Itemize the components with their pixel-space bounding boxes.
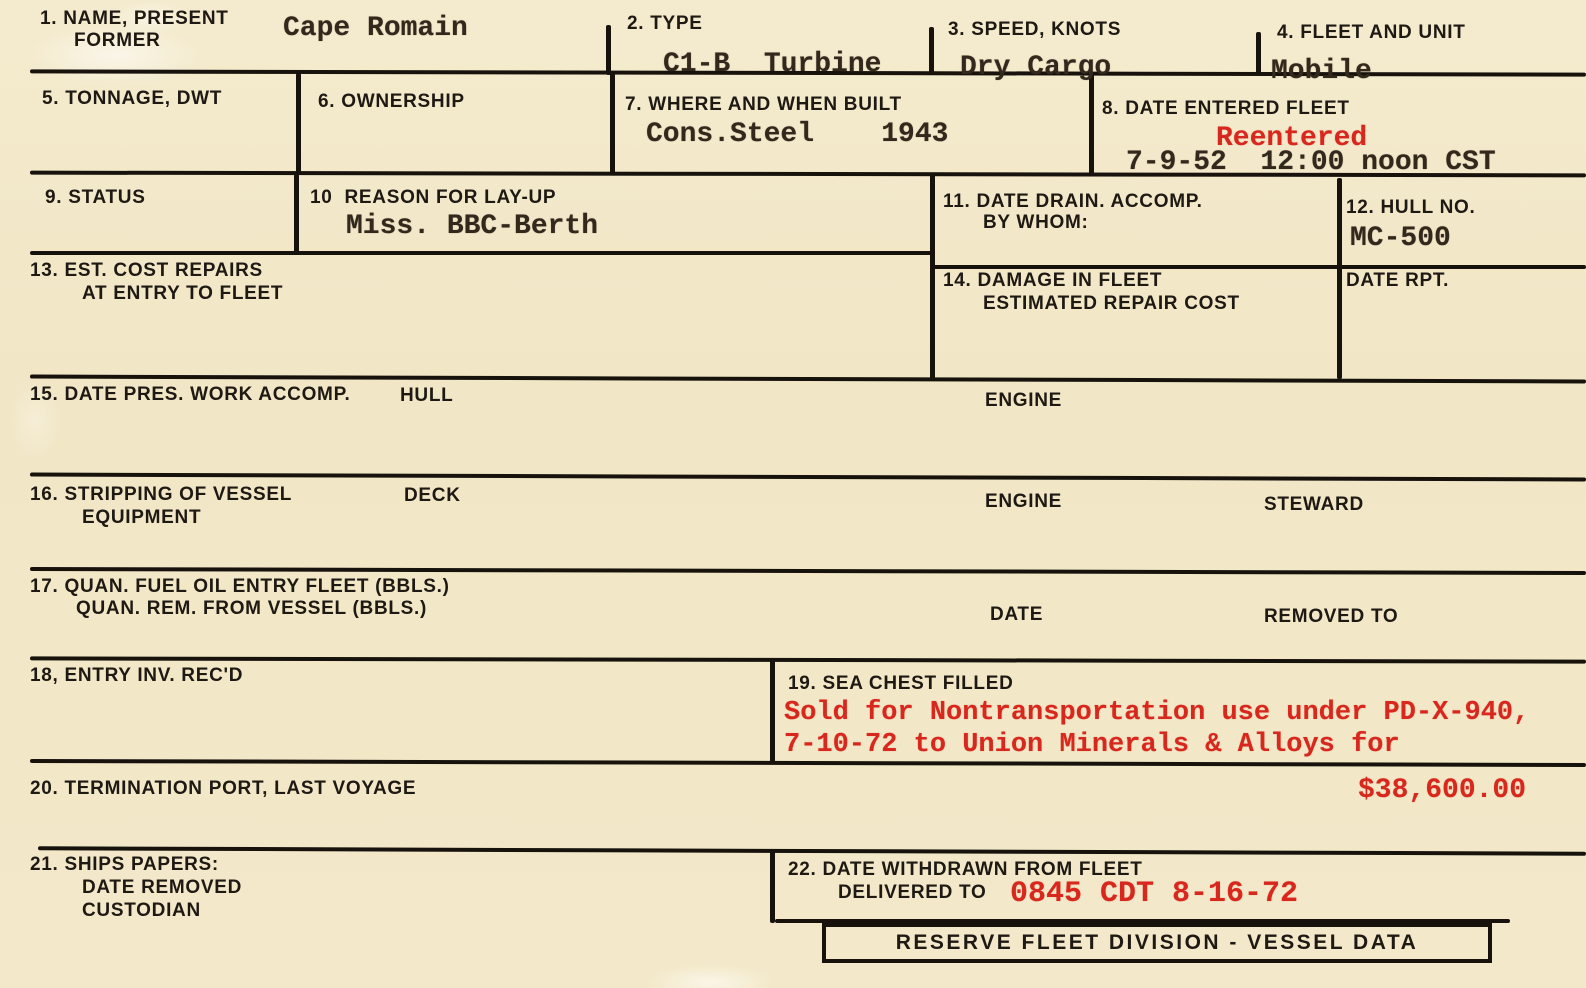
field-17-removed-to-label: REMOVED TO [1264, 606, 1398, 627]
field-17-date-label: DATE [990, 604, 1043, 625]
field-7-label: 7. WHERE AND WHEN BUILT [625, 94, 902, 115]
grid-line-row5-bottom [30, 473, 1586, 482]
field-17-label: 17. QUAN. FUEL OIL ENTRY FLEET (BBLS.) [30, 576, 450, 597]
field-14-date-rpt-label: DATE RPT. [1346, 270, 1449, 291]
field-1-value-ship-name: Cape Romain [283, 14, 468, 44]
field-19-note-line1: Sold for Nontransportation use under PD-… [784, 698, 1529, 728]
field-2-label: 2. TYPE [627, 13, 703, 34]
vessel-data-card: 1. NAME, PRESENT FORMER Cape Romain 2. T… [0, 0, 1586, 988]
divider-field9-field10 [294, 174, 299, 254]
field-9-label: 9. STATUS [45, 187, 146, 208]
field-13-label-line2: AT ENTRY TO FLEET [82, 283, 283, 304]
grid-line-row7-bottom [30, 656, 1586, 663]
field-14-label-line2: ESTIMATED REPAIR COST [983, 293, 1240, 314]
divider-field3-field4 [1256, 32, 1261, 75]
field-22-value-withdrawn: 0845 CDT 8-16-72 [1010, 879, 1298, 909]
field-19-note-line2: 7-10-72 to Union Minerals & Alloys for [784, 730, 1400, 760]
divider-field5-field6 [296, 73, 301, 174]
divider-field11-field12 [1337, 178, 1342, 379]
field-5-label: 5. TONNAGE, DWT [42, 88, 222, 109]
field-16-label-line2: EQUIPMENT [82, 507, 201, 528]
field-10-label: 10 REASON FOR LAY-UP [310, 187, 556, 208]
field-4-label: 4. FLEET AND UNIT [1277, 22, 1466, 43]
field-2-value-type: C1-B Turbine [663, 50, 881, 80]
field-3-value-speed: Dry Cargo [960, 53, 1111, 83]
field-16-engine-label: ENGINE [985, 491, 1062, 512]
field-13-label: 13. EST. COST REPAIRS [30, 260, 263, 281]
field-21-label: 21. SHIPS PAPERS: [30, 854, 219, 875]
grid-line-row3-bottom-left [30, 251, 932, 255]
grid-line-row8-bottom [30, 759, 1586, 767]
field-16-deck-label: DECK [404, 485, 461, 506]
field-20-label: 20. TERMINATION PORT, LAST VOYAGE [30, 778, 416, 799]
divider-field1-field2 [606, 25, 611, 75]
field-8-label: 8. DATE ENTERED FLEET [1102, 98, 1350, 119]
field-16-label: 16. STRIPPING OF VESSEL [30, 484, 292, 505]
grid-line-row3-bottom-right [932, 265, 1586, 269]
field-8-value-date-entered: 7-9-52 12:00 noon CST [1126, 148, 1496, 178]
divider-field7-field8 [1089, 73, 1094, 174]
field-1-label: 1. NAME, PRESENT [40, 8, 229, 29]
field-19-label: 19. SEA CHEST FILLED [788, 673, 1014, 694]
field-11-label-by-whom: BY WHOM: [983, 212, 1089, 233]
field-10-value-layup-reason: Miss. BBC-Berth [346, 212, 598, 242]
field-17-label-line2: QUAN. REM. FROM VESSEL (BBLS.) [76, 598, 427, 619]
field-22-label-delivered-to: DELIVERED TO [838, 882, 986, 903]
divider-field21-field22 [770, 851, 775, 923]
grid-line-row4-bottom [30, 375, 1586, 384]
grid-line-row6-bottom [30, 567, 1586, 575]
field-7-value-built: Cons.Steel 1943 [646, 120, 948, 150]
field-15-hull-label: HULL [400, 385, 453, 406]
field-15-engine-label: ENGINE [985, 390, 1062, 411]
footer-title-box: RESERVE FLEET DIVISION - VESSEL DATA [822, 923, 1492, 963]
field-15-label: 15. DATE PRES. WORK ACCOMP. [30, 384, 350, 405]
divider-field18-field19 [770, 660, 775, 763]
footer-title: RESERVE FLEET DIVISION - VESSEL DATA [896, 931, 1419, 955]
field-21-label-date-removed: DATE REMOVED [82, 877, 242, 898]
field-3-label: 3. SPEED, KNOTS [948, 19, 1121, 40]
field-6-label: 6. OWNERSHIP [318, 91, 465, 112]
divider-field6-field7 [610, 73, 615, 174]
grid-line-row9-bottom [38, 846, 1586, 855]
field-14-label: 14. DAMAGE IN FLEET [943, 270, 1162, 291]
field-20-amount: $38,600.00 [1358, 776, 1526, 806]
field-16-steward-label: STEWARD [1264, 494, 1364, 515]
field-12-label: 12. HULL NO. [1346, 197, 1475, 218]
field-11-label: 11. DATE DRAIN. ACCOMP. [943, 191, 1203, 212]
field-4-value-fleet-unit: Mobile [1271, 57, 1372, 87]
field-12-value-hull-no: MC-500 [1350, 224, 1451, 254]
field-18-label: 18, ENTRY INV. REC'D [30, 665, 243, 686]
field-1-label-former: FORMER [74, 30, 161, 51]
divider-field2-field3 [929, 27, 934, 75]
field-21-label-custodian: CUSTODIAN [82, 900, 201, 921]
divider-field10-field11 [930, 174, 935, 379]
